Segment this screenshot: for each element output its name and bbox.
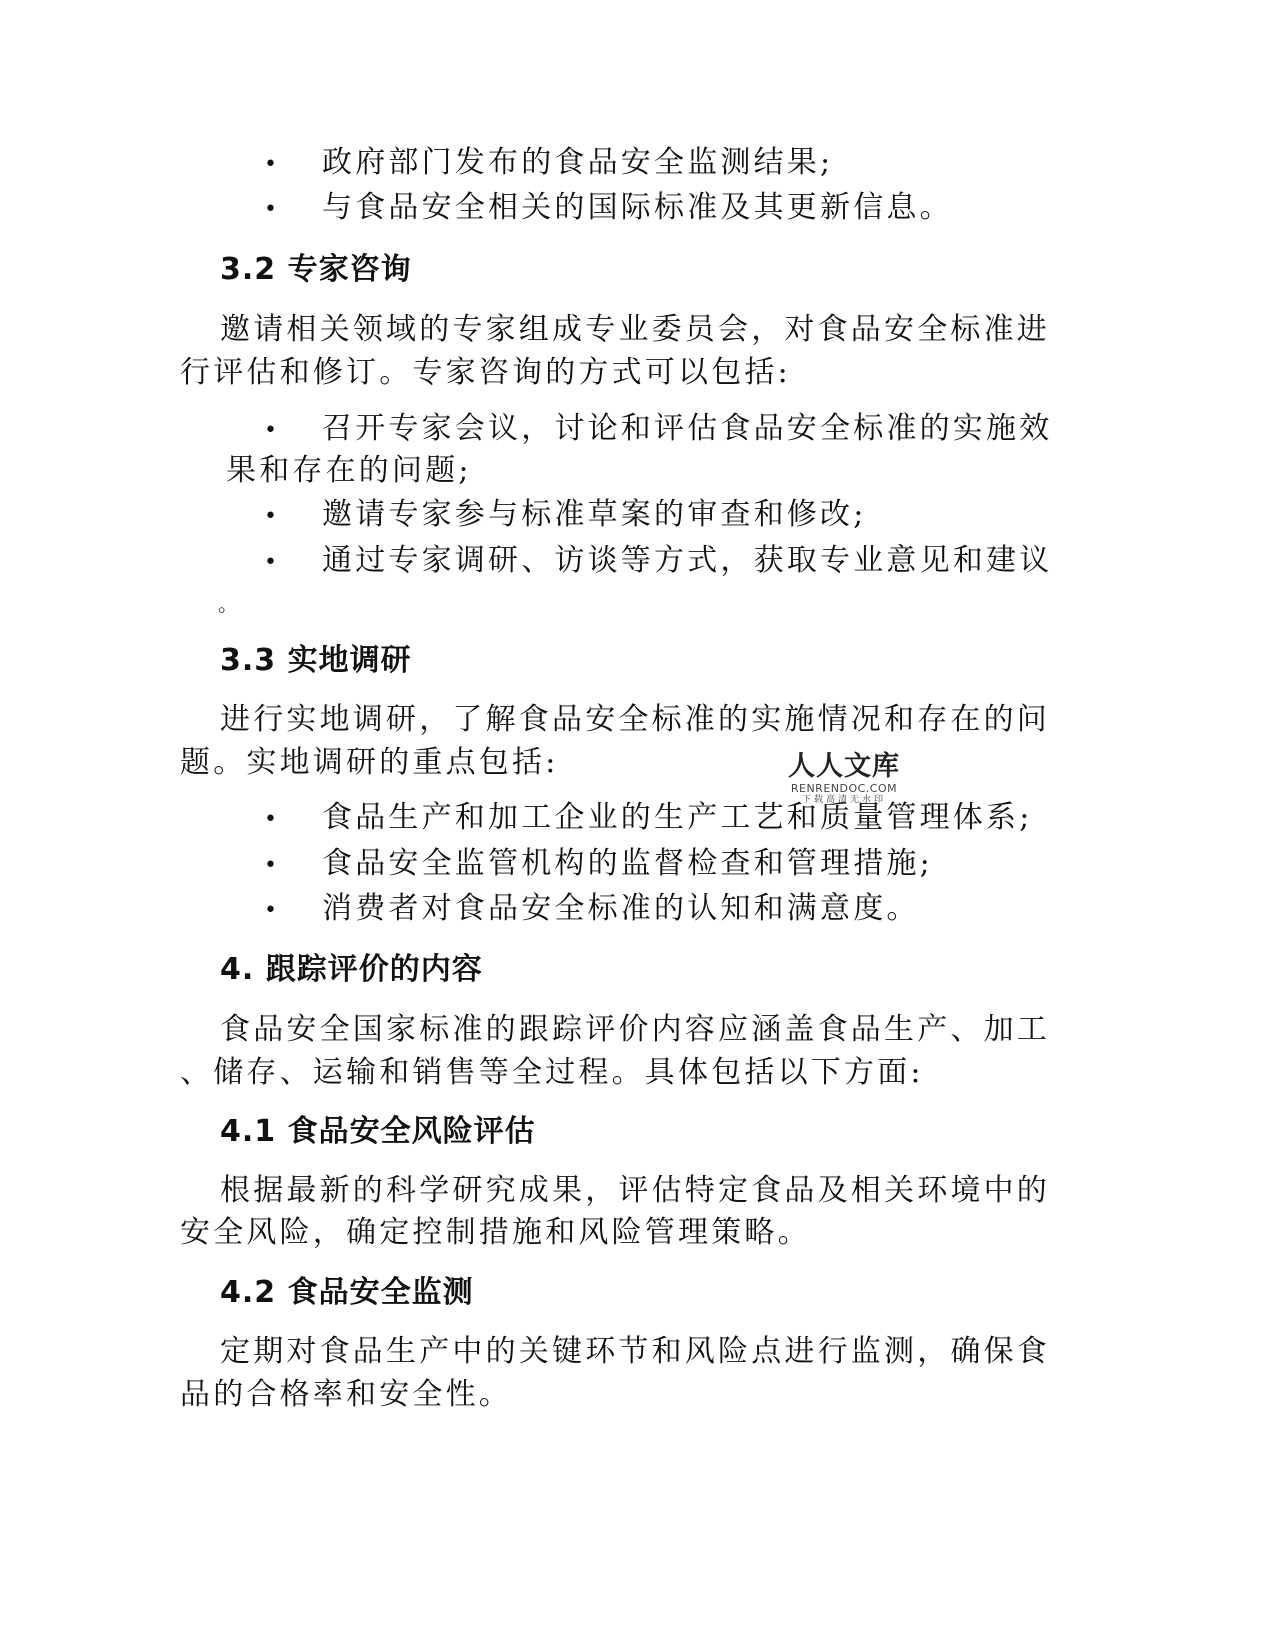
paragraph-line: 食品安全国家标准的跟踪评价内容应涵盖食品生产、加工: [220, 1012, 1050, 1048]
bullet-icon: •: [264, 147, 277, 183]
paragraph-line: 邀请相关领域的专家组成专业委员会，对食品安全标准进: [220, 312, 1050, 348]
section-heading-3-3: 3.3 实地调研: [220, 643, 412, 679]
bullet-icon: •: [264, 893, 277, 929]
section-heading-4-2: 4.2 食品安全监测: [220, 1275, 474, 1311]
paragraph-line: 题。实地调研的重点包括:: [180, 745, 559, 781]
bullet-icon: •: [264, 848, 277, 884]
paragraph-line: 定期对食品生产中的关键环节和风险点进行监测，确保食: [220, 1334, 1050, 1370]
bullet-icon: •: [264, 413, 277, 449]
bullet-item-text: 政府部门发布的食品安全监测结果;: [322, 145, 833, 181]
watermark-title: 人人文库: [785, 752, 903, 782]
bullet-icon: •: [264, 499, 277, 535]
bullet-item-text: 邀请专家参与标准草案的审查和修改;: [322, 497, 867, 533]
watermark-slogan: 下载高清无水印: [785, 795, 903, 805]
bullet-item-text: 食品生产和加工企业的生产工艺和质量管理体系;: [322, 800, 1033, 836]
paragraph-line: 安全风险，确定控制措施和风险管理策略。: [180, 1215, 811, 1251]
bullet-item-text: 消费者对食品安全标准的认知和满意度。: [322, 891, 920, 927]
section-heading-4: 4. 跟踪评价的内容: [220, 952, 483, 988]
bullet-item-text: 召开专家会议，讨论和评估食品安全标准的实施效: [322, 411, 1052, 447]
watermark-url: RENRENDOC.COM: [785, 782, 903, 795]
bullet-item-text: 通过专家调研、访谈等方式，获取专业意见和建议: [322, 543, 1052, 579]
paragraph-line: 进行实地调研，了解食品安全标准的实施情况和存在的问: [220, 702, 1050, 738]
section-heading-3-2: 3.2 专家咨询: [220, 252, 412, 288]
bullet-icon: •: [264, 802, 277, 838]
paragraph-line: 根据最新的科学研究成果，评估特定食品及相关环境中的: [220, 1173, 1050, 1209]
section-heading-4-1: 4.1 食品安全风险评估: [220, 1114, 536, 1150]
bullet-item-text: 果和存在的问题;: [226, 453, 472, 489]
bullet-item-text: 食品安全监管机构的监督检查和管理措施;: [322, 846, 933, 882]
paragraph-line: 行评估和修订。专家咨询的方式可以包括:: [180, 355, 791, 391]
paragraph-line: 、储存、运输和销售等全过程。具体包括以下方面:: [180, 1055, 924, 1091]
watermark-logo: 人人文库 RENRENDOC.COM 下载高清无水印: [785, 752, 903, 805]
paragraph-line: 品的合格率和安全性。: [180, 1377, 512, 1413]
bullet-icon: •: [264, 192, 277, 228]
bullet-icon: •: [264, 545, 277, 581]
bullet-item-text: 与食品安全相关的国际标准及其更新信息。: [322, 190, 953, 226]
bullet-item-text: 。: [218, 586, 241, 622]
